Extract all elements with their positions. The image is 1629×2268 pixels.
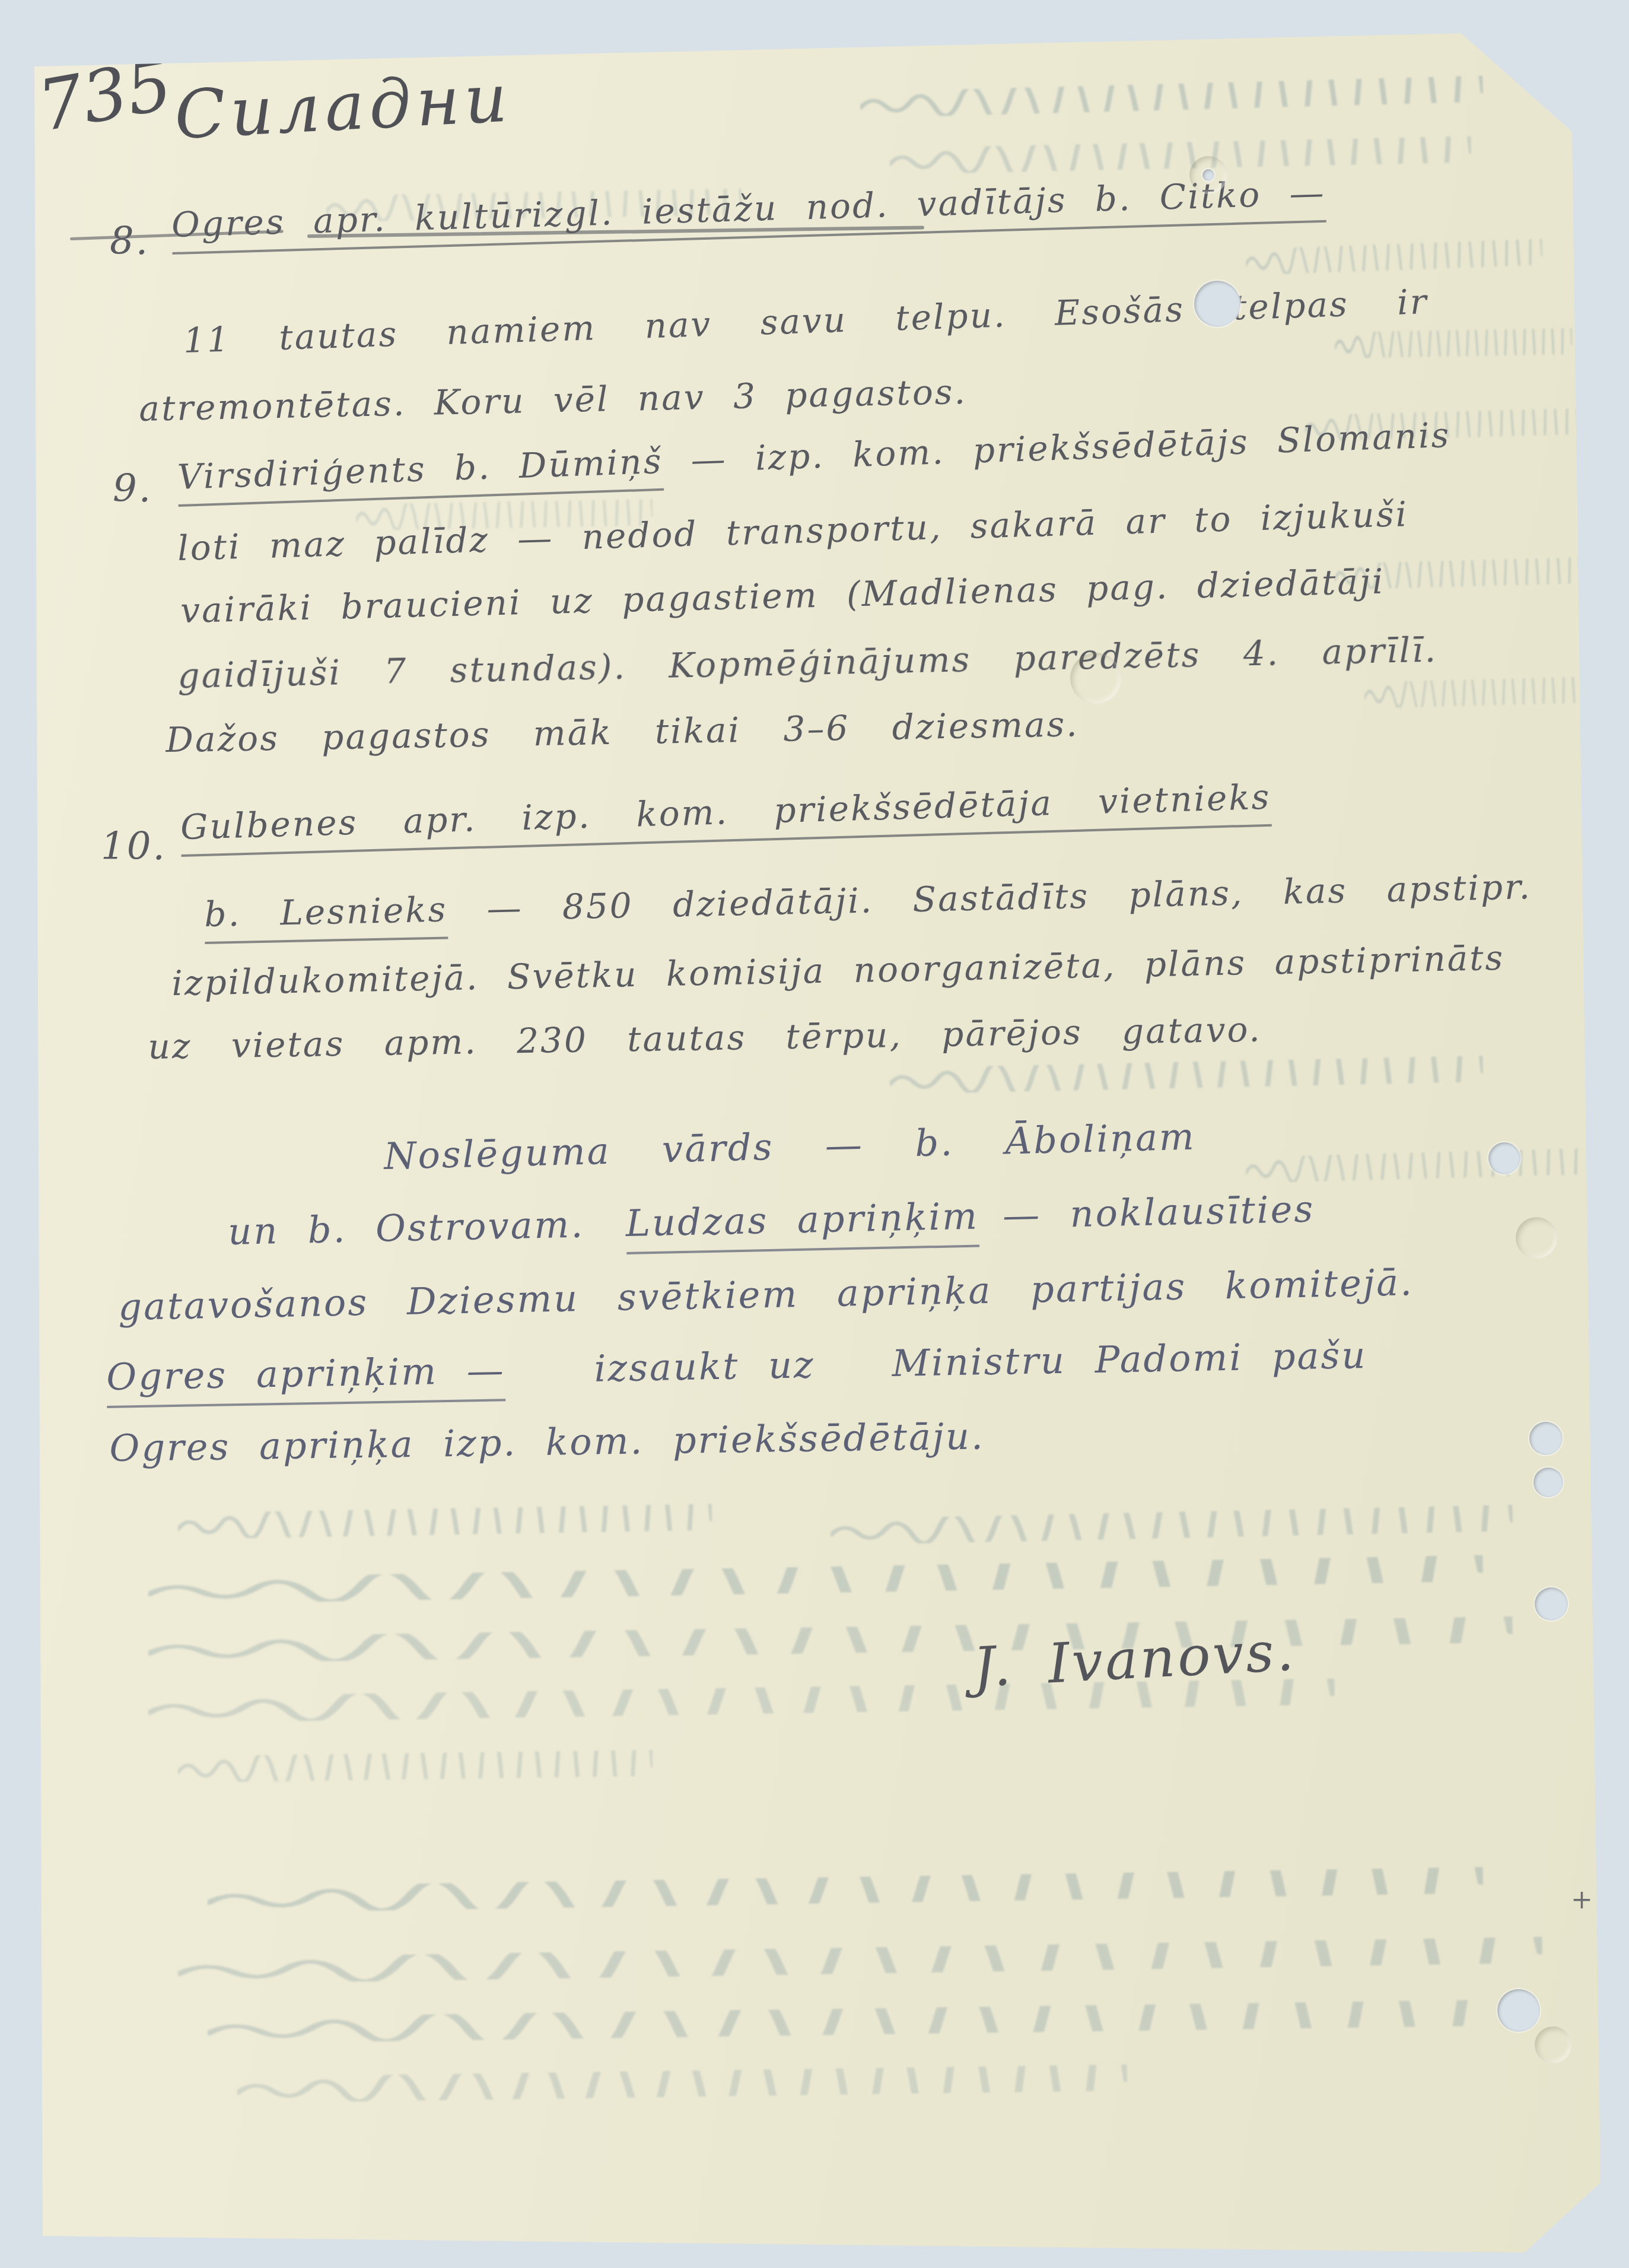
bleed-through-stroke: [860, 76, 1483, 118]
closing-line5: Ogres apriņķa izp. kom. priekšsēdētāju.: [109, 1418, 985, 1467]
item8-line3: atremontētas. Koru vēl nav 3 pagastos.: [139, 374, 968, 426]
closing-line3: gatavošanos Dziesmu svētkiem apriņķa par…: [118, 1264, 1414, 1326]
paper-sheet: 735 Силадни 8. Ogres apr. kultūrizgl. ie…: [28, 30, 1602, 2261]
item9-line1-rest: — izp. kom. priekšsēdētājs Slomanis: [662, 415, 1451, 481]
punch-hole: [1529, 1422, 1563, 1455]
bleed-through-stroke: [148, 1555, 1483, 1605]
bleed-through-stroke: [1245, 1148, 1590, 1183]
punch-hole: [1202, 169, 1214, 181]
item9-marker: 9.: [113, 470, 152, 508]
closing-line2: un b. Ostrovam.Ludzas apriņķim— noklausī…: [228, 1191, 1315, 1250]
closing-line2-start: un b. Ostrovam.: [228, 1202, 585, 1253]
margin-mark: +.: [1571, 1887, 1605, 1913]
punch-hole: [1497, 1989, 1540, 2032]
bleed-through-stroke: [148, 1616, 1513, 1664]
closing-line1: Noslēguma vārds — b. Āboliņam: [383, 1119, 1196, 1175]
page-title: Силадни: [173, 59, 514, 154]
punch-hole: [1488, 1142, 1520, 1174]
embossed-ring: [1070, 653, 1121, 704]
closing-line2-rest: — noklausīties: [1002, 1187, 1315, 1237]
item10-line1-text: Gulbenes apr. izp. kom. priekšsēdētāja v…: [180, 777, 1271, 857]
punch-hole: [1533, 1467, 1563, 1497]
item9-line5: Dažos pagastos māk tikai 3–6 dziesmas.: [166, 707, 1079, 757]
bleed-through-stroke: [1245, 239, 1542, 275]
bleed-through-stroke: [237, 2064, 1127, 2103]
bleed-through-stroke: [208, 1867, 1483, 1913]
item10-line2-underlined: b. Lesnieks: [204, 889, 448, 944]
item9-line1-underlined: Virsdiriģents b. Dūmiņš: [177, 441, 664, 507]
bleed-through-stroke: [1364, 676, 1614, 709]
punch-hole: [1535, 1587, 1568, 1621]
bleed-through-stroke: [890, 136, 1472, 174]
item9-line4: gaidījuši 7 stundas). Kopmēģinājums pare…: [177, 633, 1438, 693]
item10-line3: izpildukomitejā. Svētku komisija noorgan…: [171, 941, 1505, 1000]
bleed-through-stroke: [178, 1750, 653, 1783]
bleed-through-stroke: [178, 1937, 1542, 1984]
closing-line4-mid: izsaukt uz: [594, 1343, 815, 1390]
closing-line2-underlined: Ludzas apriņķim: [625, 1195, 979, 1254]
embossed-ring: [1535, 2026, 1571, 2063]
signature: J. Ivanovs.: [972, 1624, 1297, 1695]
closing-line4-underlined: Ogres apriņķim —: [106, 1348, 506, 1408]
closing-line4: Ogres apriņķim —izsaukt uzMinistru Padom…: [106, 1337, 1367, 1396]
closing-line4-rest: Ministru Padomi pašu: [892, 1333, 1367, 1385]
embossed-ring: [1516, 1217, 1557, 1259]
item8-marker: 8.: [110, 223, 149, 261]
item9-line3: vairāki braucieni uz pagastiem (Madliena…: [180, 564, 1385, 628]
item10-line4: uz vietas apm. 230 tautas tērpu, pārējos…: [148, 1012, 1262, 1064]
item8-line1: Ogres apr. kultūrizgl. iestāžu nod. vadī…: [171, 176, 1326, 242]
scanned-document: 735 Силадни 8. Ogres apr. kultūrizgl. ie…: [0, 0, 1629, 2268]
item8-line2: 11 tautas namiem nav savu telpu. Esošās …: [183, 284, 1428, 358]
bleed-through-stroke: [890, 1056, 1484, 1094]
item9-line1: Virsdiriģents b. Dūmiņš — izp. kom. prie…: [177, 418, 1451, 494]
bleed-through-stroke: [178, 1504, 712, 1539]
bleed-through-stroke: [208, 1999, 1513, 2044]
item10-line1: Gulbenes apr. izp. kom. priekšsēdētāja v…: [180, 780, 1271, 844]
item8-line1-text: Ogres apr. kultūrizgl. iestāžu nod. vadī…: [171, 173, 1326, 255]
bleed-through-stroke: [831, 1505, 1513, 1545]
item10-line2-rest: — 850 dziedātāji. Sastādīts plāns, kas a…: [447, 866, 1532, 929]
page-number: 735: [32, 43, 178, 147]
bleed-through-stroke: [1335, 328, 1573, 358]
item10-line2: b. Lesnieks — 850 dziedātāji. Sastādīts …: [204, 869, 1532, 932]
item10-marker: 10.: [101, 828, 167, 866]
punch-hole: [1194, 281, 1240, 327]
